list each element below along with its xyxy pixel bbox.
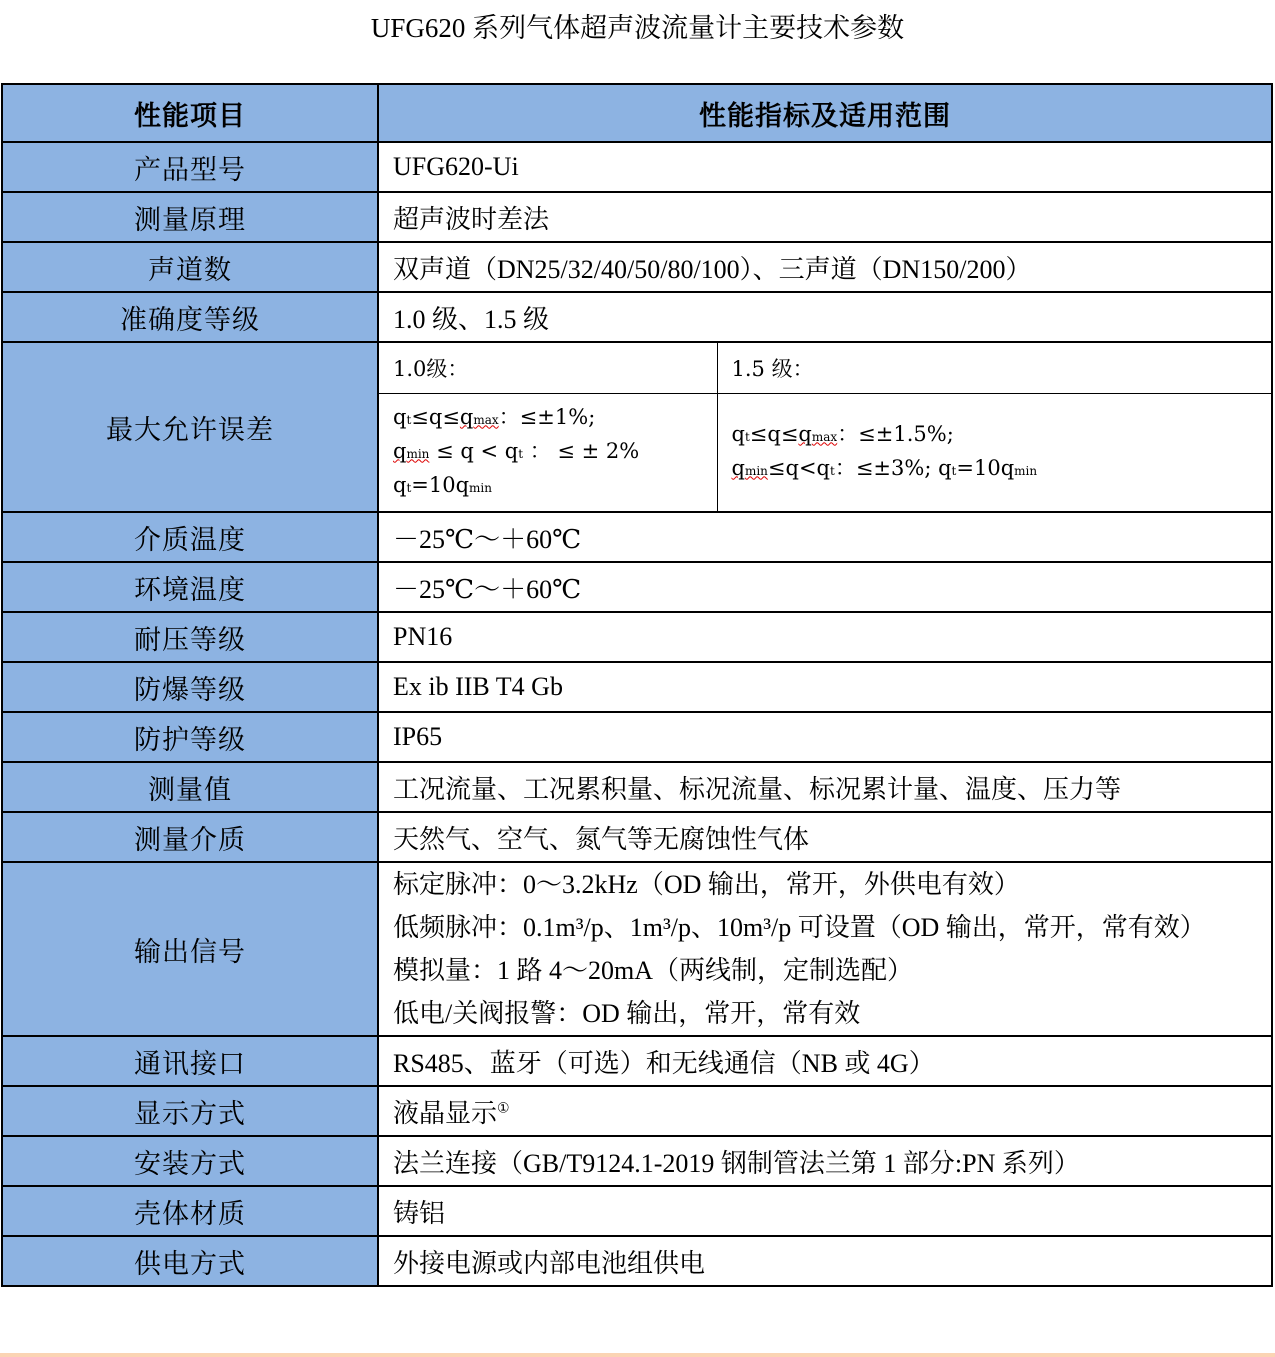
class-1-5-formula: qt≤q≤qmax：≤±1.5%; qmin≤q<qt：≤±3%; qt=10q… [717,394,1271,512]
table-row: 耐压等级 PN16 [2,612,1272,662]
row-value: PN16 [378,612,1272,662]
row-label: 测量原理 [2,192,378,242]
table-row-output-signal: 输出信号 标定脉冲：0～3.2kHz（OD 输出，常开，外供电有效） 低频脉冲：… [2,862,1272,1036]
table-row: 供电方式 外接电源或内部电池组供电 [2,1236,1272,1286]
row-label: 通讯接口 [2,1036,378,1086]
output-line: 标定脉冲：0～3.2kHz（OD 输出，常开，外供电有效） [393,863,1271,906]
row-value: 超声波时差法 [378,192,1272,242]
table-row: 防爆等级 Ex ib IIB T4 Gb [2,662,1272,712]
row-value: －25℃～＋60℃ [378,562,1272,612]
row-label: 安装方式 [2,1136,378,1186]
row-label: 显示方式 [2,1086,378,1136]
class-1-5-heading: 1.5 级： [717,343,1271,394]
row-label: 声道数 [2,242,378,292]
table-row: 安装方式 法兰连接（GB/T9124.1-2019 钢制管法兰第 1 部分:PN… [2,1136,1272,1186]
table-row: 准确度等级 1.0 级、1.5 级 [2,292,1272,342]
table-row: 测量原理 超声波时差法 [2,192,1272,242]
table-row: 环境温度 －25℃～＋60℃ [2,562,1272,612]
footnote-marker: ① [497,1101,510,1116]
spec-table: 性能项目 性能指标及适用范围 产品型号 UFG620-Ui 测量原理 超声波时差… [1,83,1273,1287]
header-spec: 性能指标及适用范围 [378,84,1272,142]
row-label: 输出信号 [2,862,378,1036]
row-label: 供电方式 [2,1236,378,1286]
table-row: 测量值 工况流量、工况累积量、标况流量、标况累计量、温度、压力等 [2,762,1272,812]
document-title: UFG620 系列气体超声波流量计主要技术参数 [0,12,1275,44]
table-header-row: 性能项目 性能指标及适用范围 [2,84,1272,142]
table-row: 测量介质 天然气、空气、氮气等无腐蚀性气体 [2,812,1272,862]
class-1-0-heading: 1.0级： [379,343,717,394]
max-error-cell: 1.0级： 1.5 级： qt≤q≤qmax：≤±1%; qmin ≤ q < … [378,342,1272,512]
table-row: 介质温度 －25℃～＋60℃ [2,512,1272,562]
row-label: 介质温度 [2,512,378,562]
row-label: 防爆等级 [2,662,378,712]
row-value: Ex ib IIB T4 Gb [378,662,1272,712]
row-value-multiline: 标定脉冲：0～3.2kHz（OD 输出，常开，外供电有效） 低频脉冲：0.1m³… [378,862,1272,1036]
row-label: 防护等级 [2,712,378,762]
row-value: 1.0 级、1.5 级 [378,292,1272,342]
table-row: 防护等级 IP65 [2,712,1272,762]
table-row: 壳体材质 铸铝 [2,1186,1272,1236]
row-value: 液晶显示① [378,1086,1272,1136]
class-1-0-formula: qt≤q≤qmax：≤±1%; qmin ≤ q < qt ： ≤ ± 2% q… [379,394,717,512]
row-label: 壳体材质 [2,1186,378,1236]
row-label: 环境温度 [2,562,378,612]
row-label: 最大允许误差 [2,342,378,512]
row-value: 天然气、空气、氮气等无腐蚀性气体 [378,812,1272,862]
output-line: 低电/关阀报警：OD 输出，常开，常有效 [393,992,1271,1035]
row-value: UFG620-Ui [378,142,1272,192]
footer-strip [0,1353,1275,1357]
row-label: 测量介质 [2,812,378,862]
header-item: 性能项目 [2,84,378,142]
row-label: 测量值 [2,762,378,812]
max-error-subtable: 1.0级： 1.5 级： qt≤q≤qmax：≤±1%; qmin ≤ q < … [379,343,1271,511]
table-row: 产品型号 UFG620-Ui [2,142,1272,192]
table-row: 声道数 双声道（DN25/32/40/50/80/100）、三声道（DN150/… [2,242,1272,292]
table-row: 显示方式 液晶显示① [2,1086,1272,1136]
row-value: 铸铝 [378,1186,1272,1236]
output-line: 模拟量：1 路 4～20mA（两线制，定制选配） [393,949,1271,992]
row-value: IP65 [378,712,1272,762]
row-value: 法兰连接（GB/T9124.1-2019 钢制管法兰第 1 部分:PN 系列） [378,1136,1272,1186]
output-line: 低频脉冲：0.1m³/p、1m³/p、10m³/p 可设置（OD 输出，常开，常… [393,906,1271,949]
table-row-max-error: 最大允许误差 1.0级： 1.5 级： qt≤q≤qmax：≤±1%; qmin… [2,342,1272,512]
row-label: 准确度等级 [2,292,378,342]
row-label: 产品型号 [2,142,378,192]
row-value: 外接电源或内部电池组供电 [378,1236,1272,1286]
row-label: 耐压等级 [2,612,378,662]
row-value: RS485、蓝牙（可选）和无线通信（NB 或 4G） [378,1036,1272,1086]
table-row: 通讯接口 RS485、蓝牙（可选）和无线通信（NB 或 4G） [2,1036,1272,1086]
row-value: 双声道（DN25/32/40/50/80/100）、三声道（DN150/200） [378,242,1272,292]
row-value: －25℃～＋60℃ [378,512,1272,562]
row-value: 工况流量、工况累积量、标况流量、标况累计量、温度、压力等 [378,762,1272,812]
